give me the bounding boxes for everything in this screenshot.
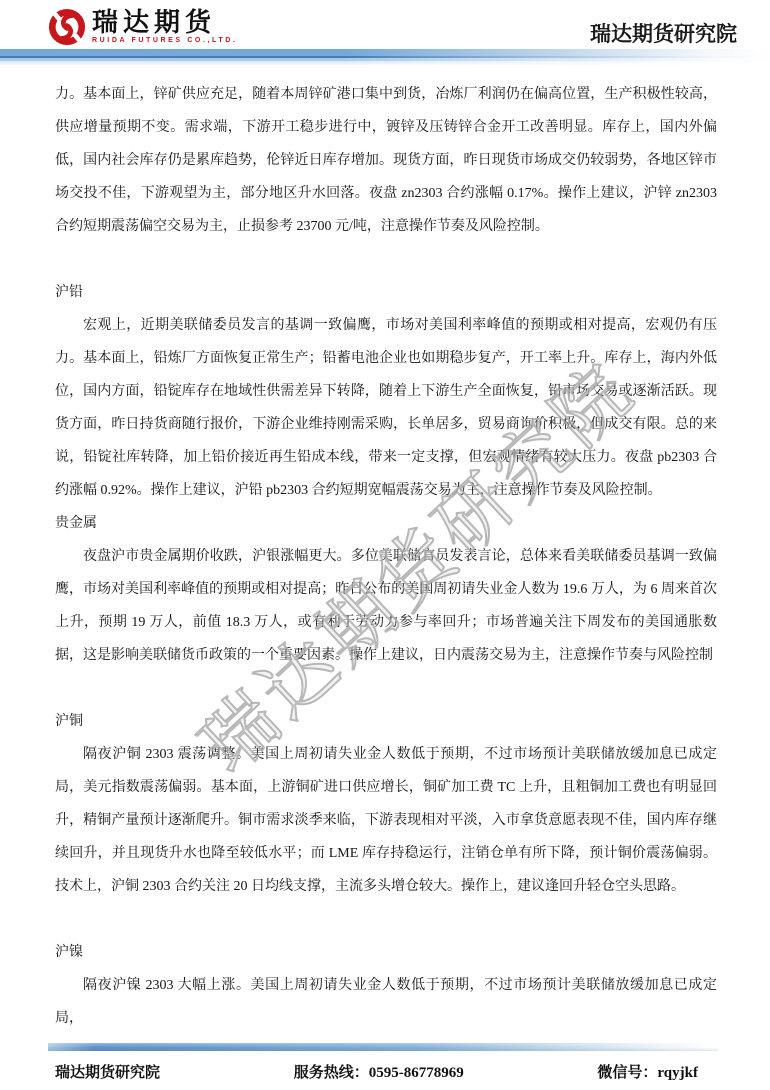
section-heading-copper: 沪铜 bbox=[55, 705, 717, 738]
footer-hotline-number: 0595-86778969 bbox=[369, 1065, 464, 1081]
page-footer: 瑞达期货研究院 服务热线：0595-86778969 微信号：rqyjkf bbox=[0, 1043, 770, 1084]
header-divider bbox=[0, 49, 770, 65]
logo-text: 瑞达期货 RUIDA FUTURES CO.,LTD. bbox=[92, 8, 237, 44]
report-body: 力。基本面上，锌矿供应充足，随着本周锌矿港口集中到货，冶炼厂利润仍在偏高位置，生… bbox=[0, 65, 770, 1035]
section-heading-nickel: 沪镍 bbox=[55, 936, 717, 969]
paragraph-precious-metals: 夜盘沪市贵金属期价收跌，沪银涨幅更大。多位美联储官员发表言论，总体来看美联储委员… bbox=[55, 540, 717, 672]
paragraph-zinc-continuation: 力。基本面上，锌矿供应充足，随着本周锌矿港口集中到货，冶炼厂利润仍在偏高位置，生… bbox=[55, 78, 717, 243]
footer-divider bbox=[48, 1043, 718, 1051]
logo-name-en: RUIDA FUTURES CO.,LTD. bbox=[92, 37, 237, 44]
page-header: 瑞达期货 RUIDA FUTURES CO.,LTD. 瑞达期货研究院 bbox=[0, 0, 770, 46]
section-heading-lead: 沪铅 bbox=[55, 276, 717, 309]
page-title: 瑞达期货研究院 bbox=[590, 24, 737, 46]
footer-institute: 瑞达期货研究院 bbox=[55, 1061, 160, 1082]
document-page: 瑞达期货研究院 瑞达期货 RUIDA FUTURES CO.,LTD. 瑞达期货… bbox=[0, 0, 770, 1090]
paragraph-copper: 隔夜沪铜 2303 震荡调整。美国上周初请失业金人数低于预期，不过市场预计美联储… bbox=[55, 738, 717, 903]
section-heading-precious-metals: 贵金属 bbox=[55, 507, 717, 540]
footer-wechat-label: 微信号： bbox=[597, 1065, 657, 1081]
paragraph-lead: 宏观上，近期美联储委员发言的基调一致偏鹰，市场对美国利率峰值的预期或相对提高，宏… bbox=[55, 309, 717, 507]
logo-name-cn: 瑞达期货 bbox=[92, 8, 237, 36]
footer-hotline: 服务热线：0595-86778969 bbox=[294, 1061, 464, 1082]
footer-wechat-id: rqyjkf bbox=[657, 1065, 698, 1081]
company-logo: 瑞达期货 RUIDA FUTURES CO.,LTD. bbox=[48, 8, 237, 46]
footer-wechat: 微信号：rqyjkf bbox=[597, 1061, 698, 1082]
footer-hotline-label: 服务热线： bbox=[294, 1065, 369, 1081]
paragraph-nickel: 隔夜沪镍 2303 大幅上涨。美国上周初请失业金人数低于预期，不过市场预计美联储… bbox=[55, 969, 717, 1035]
ruida-logo-icon bbox=[48, 8, 86, 46]
footer-text-row: 瑞达期货研究院 服务热线：0595-86778969 微信号：rqyjkf bbox=[0, 1051, 770, 1084]
